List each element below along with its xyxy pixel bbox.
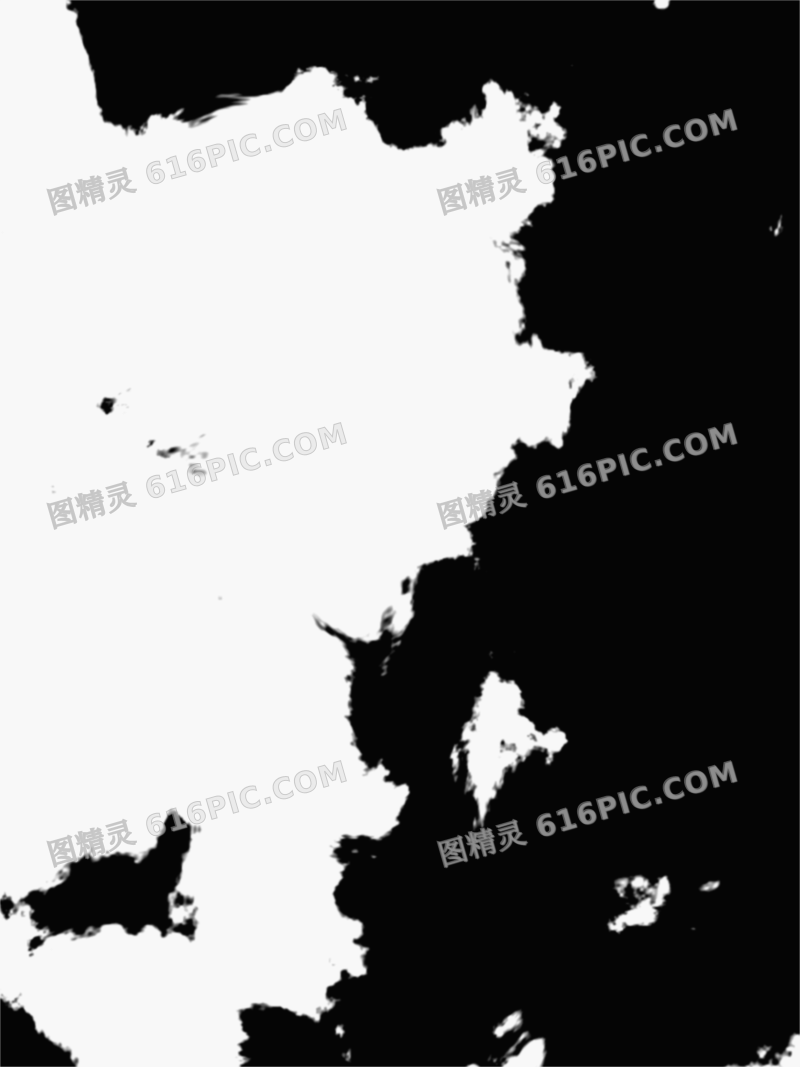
grunge-texture-canvas (0, 0, 800, 1067)
grunge-texture-image: 图精灵 616PIC.COM图精灵 616PIC.COM图精灵 616PIC.C… (0, 0, 800, 1067)
